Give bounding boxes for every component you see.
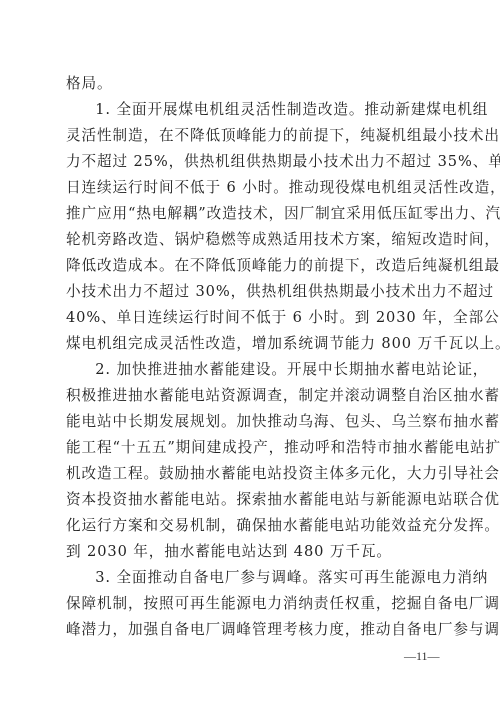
body-text: 格局。1. 全面开展煤电机组灵活性制造改造。推动新建煤电机组灵活性制造，在不降低… [66,71,438,643]
text-line: 推广应用“热电解耦”改造技术，因厂制宜采用低压缸零出力、汽 [66,201,438,227]
text-line: 1. 全面开展煤电机组灵活性制造改造。推动新建煤电机组 [66,97,438,123]
text-line: 3. 全面推动自备电厂参与调峰。落实可再生能源电力消纳 [66,565,438,591]
text-line: 峰潜力，加强自备电厂调峰管理考核力度，推动自备电厂参与调 [66,617,438,643]
text-line: 降低改造成本。在不降低顶峰能力的前提下，改造后纯凝机组最 [66,253,438,279]
text-line: 2. 加快推进抽水蓄能建设。开展中长期抽水蓄电站论证， [66,357,438,383]
page-number: —11— [404,649,440,664]
text-line: 轮机旁路改造、锅炉稳燃等成熟适用技术方案，缩短改造时间， [66,227,438,253]
text-line: 40%、单日连续运行时间不低于 6 小时。到 2030 年，全部公用 [66,305,438,331]
text-line: 煤电机组完成灵活性改造，增加系统调节能力 800 万千瓦以上。 [66,331,438,357]
text-line: 资本投资抽水蓄能电站。探索抽水蓄能电站与新能源电站联合优 [66,487,438,513]
text-line: 灵活性制造，在不降低顶峰能力的前提下，纯凝机组最小技术出 [66,123,438,149]
text-line: 小技术出力不超过 30%，供热机组供热期最小技术出力不超过 [66,279,438,305]
text-line: 积极推进抽水蓄能电站资源调查，制定并滚动调整自治区抽水蓄 [66,383,438,409]
text-line: 能电站中长期发展规划。加快推动乌海、包头、乌兰察布抽水蓄 [66,409,438,435]
text-line: 力不超过 25%，供热机组供热期最小技术出力不超过 35%、单 [66,149,438,175]
text-line: 能工程“十五五”期间建成投产，推动呼和浩特市抽水蓄能电站扩 [66,435,438,461]
text-line: 化运行方案和交易机制，确保抽水蓄能电站功能效益充分发挥。 [66,513,438,539]
text-line: 机改造工程。鼓励抽水蓄能电站投资主体多元化，大力引导社会 [66,461,438,487]
text-line: 格局。 [66,71,438,97]
text-line: 到 2030 年，抽水蓄能电站达到 480 万千瓦。 [66,539,438,565]
document-page: 格局。1. 全面开展煤电机组灵活性制造改造。推动新建煤电机组灵活性制造，在不降低… [0,0,500,707]
text-line: 保障机制，按照可再生能源电力消纳责任权重，挖掘自备电厂调 [66,591,438,617]
text-line: 日连续运行时间不低于 6 小时。推动现役煤电机组灵活性改造， [66,175,438,201]
